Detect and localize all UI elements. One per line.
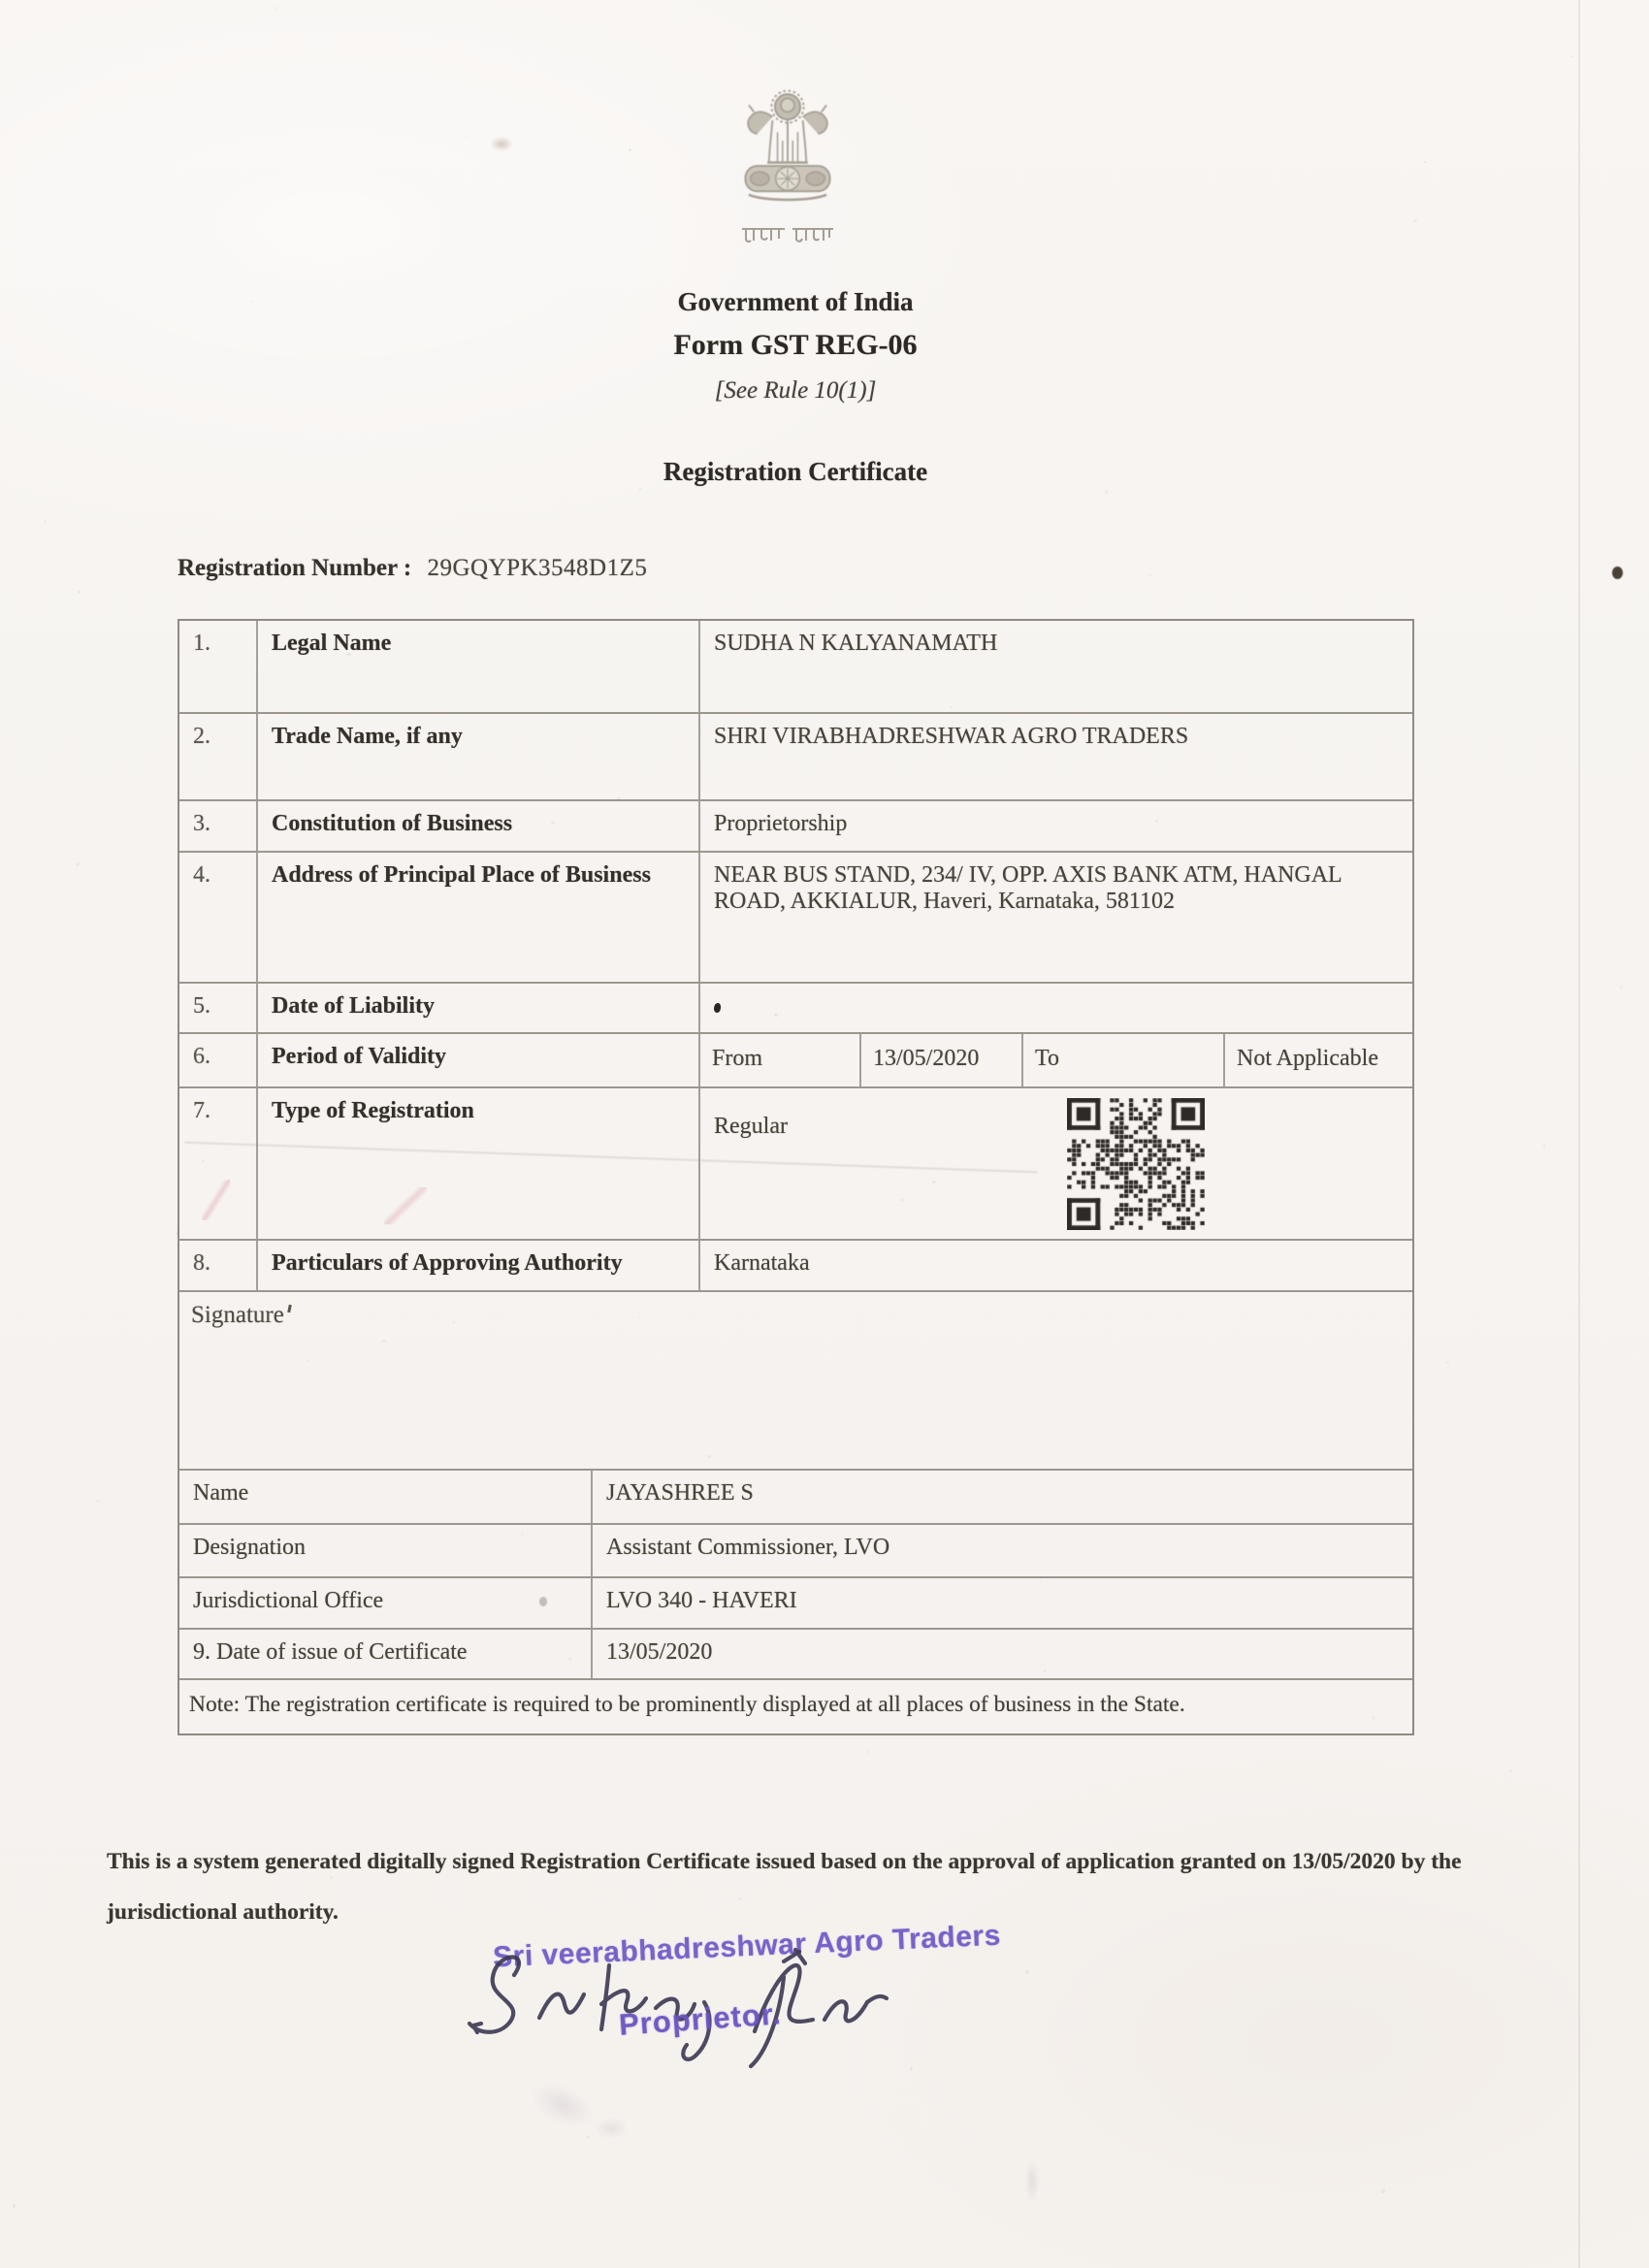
table-row: 8. Particulars of Approving Authority Ka… <box>179 1239 1412 1290</box>
paper-speckle <box>639 488 641 490</box>
row-number-cell: 7. <box>179 1088 258 1239</box>
scan-smudge <box>1024 2159 1040 2204</box>
officer-name-value: JAYASHREE S <box>593 1471 1412 1523</box>
table-row: 2. Trade Name, if any SHRI VIRABHADRESHW… <box>179 712 1412 799</box>
paper-speckle <box>96 1500 100 1504</box>
paper-speckle <box>1044 1669 1046 1671</box>
paper-speckle <box>1619 986 1622 988</box>
validity-to-value: Not Applicable <box>1223 1034 1412 1086</box>
paper-speckle <box>551 822 554 825</box>
row-label-cell: Address of Principal Place of Business <box>258 853 700 982</box>
india-national-emblem <box>720 81 856 230</box>
table-row: 6. Period of Validity From 13/05/2020 To… <box>179 1032 1412 1086</box>
form-title: Form GST REG-06 <box>0 329 1591 362</box>
table-row: Jurisdictional Office LVO 340 - HAVERI <box>179 1576 1412 1628</box>
paper-speckle <box>1570 55 1572 57</box>
signature-label: Signature <box>191 1302 284 1328</box>
signature-row: Signature <box>179 1290 1412 1469</box>
row-number-cell: 6. <box>179 1034 258 1086</box>
designation-label: Designation <box>179 1525 593 1576</box>
row-value-cell: Karnataka <box>700 1241 1412 1290</box>
table-row: Designation Assistant Commissioner, LVO <box>179 1523 1412 1576</box>
row-label-cell: Constitution of Business <box>258 801 700 851</box>
paper-speckle <box>275 7 278 11</box>
paper-speckle <box>638 1316 640 1318</box>
registration-details-table: 1. Legal Name SUDHA N KALYANAMATH 2. Tra… <box>178 619 1414 1735</box>
table-row: 7. Type of Registration Regular <box>179 1086 1412 1239</box>
paper-speckle <box>1118 736 1120 738</box>
closing-statement: This is a system generated digitally sig… <box>107 1836 1465 1937</box>
paper-speckle <box>984 69 986 71</box>
paper-speckle <box>932 1181 935 1183</box>
ink-dot-artifact <box>714 1003 721 1013</box>
paper-speckle <box>1424 161 1426 163</box>
row-number-cell: 4. <box>179 853 258 982</box>
paper-speckle <box>1543 1145 1546 1148</box>
paper-speckle <box>466 136 468 138</box>
paper-speckle <box>44 520 48 524</box>
paper-speckle <box>76 862 80 866</box>
scanned-certificate-page: Government of India Form GST REG-06 [See… <box>0 0 1649 2268</box>
row-value-cell: Regular <box>700 1088 1412 1239</box>
paper-speckle <box>629 148 631 151</box>
table-row: 5. Date of Liability <box>179 982 1412 1032</box>
row-number-cell: 5. <box>179 984 258 1032</box>
scan-smudge <box>594 2117 629 2140</box>
validity-to-label: To <box>1021 1034 1223 1086</box>
registration-number-value: 29GQYPK3548D1Z5 <box>427 555 647 581</box>
paper-speckle <box>900 1198 904 1202</box>
paper-speckle <box>1185 2028 1187 2030</box>
row-value-cell: Proprietorship <box>700 801 1412 851</box>
row-value-cell: NEAR BUS STAND, 234/ IV, OPP. AXIS BANK … <box>700 853 1412 982</box>
paper-speckle <box>347 653 350 656</box>
paper-speckle <box>708 1455 711 1458</box>
paper-speckle <box>330 1876 333 1879</box>
paper-speckle <box>202 1160 204 1162</box>
table-row: 4. Address of Principal Place of Busines… <box>179 851 1412 982</box>
table-row: 1. Legal Name SUDHA N KALYANAMATH <box>179 621 1412 712</box>
officer-name-label: Name <box>179 1471 593 1523</box>
row-label-cell: Trade Name, if any <box>258 714 700 799</box>
row-value-cell: SHRI VIRABHADRESHWAR AGRO TRADERS <box>700 714 1412 799</box>
paper-speckle <box>1413 219 1417 223</box>
paper-speckle <box>307 1359 309 1362</box>
row-number-cell: 8. <box>179 1241 258 1290</box>
row-label-cell: Legal Name <box>258 621 700 712</box>
paper-speckle <box>774 1014 777 1017</box>
row-value-cell: SUDHA N KALYANAMATH <box>700 621 1412 712</box>
paper-speckle <box>1446 1361 1449 1364</box>
issue-date-label: 9. Date of issue of Certificate <box>179 1630 593 1678</box>
registration-number-line: Registration Number : 29GQYPK3548D1Z5 <box>178 555 647 582</box>
row-label-cell: Date of Liability <box>258 984 700 1032</box>
paper-speckle <box>1105 490 1109 494</box>
paper-speckle <box>658 1068 660 1070</box>
row-number-cell: 3. <box>179 801 258 851</box>
satyameva-jayate-motto <box>740 225 837 253</box>
row-value-cell <box>700 984 1412 1032</box>
validity-subrow: From 13/05/2020 To Not Applicable <box>700 1034 1412 1086</box>
rule-reference: [See Rule 10(1)] <box>0 377 1591 405</box>
validity-from-label: From <box>700 1034 859 1086</box>
registration-type-value: Regular <box>714 1114 788 1139</box>
paper-speckle <box>725 323 727 325</box>
paper-speckle <box>1373 1716 1374 1718</box>
paper-speckle <box>1509 1769 1512 1772</box>
issue-date-value: 13/05/2020 <box>593 1630 1412 1678</box>
paper-speckle <box>568 1658 571 1661</box>
row-label-cell: Type of Registration <box>258 1088 700 1239</box>
government-title: Government of India <box>0 287 1591 317</box>
table-row: 9. Date of issue of Certificate 13/05/20… <box>179 1628 1412 1678</box>
paper-speckle <box>1149 574 1151 576</box>
registration-number-label: Registration Number : <box>178 555 411 581</box>
paper-speckle <box>587 2136 589 2138</box>
paper-speckle <box>13 2204 16 2207</box>
paper-speckle <box>867 1751 869 1753</box>
jurisdictional-office-label: Jurisdictional Office <box>179 1578 593 1628</box>
paper-speckle <box>910 2067 913 2070</box>
ink-tick-artifact <box>287 1305 292 1312</box>
row-label-cell: Period of Validity <box>258 1034 700 1086</box>
table-row: 3. Constitution of Business Proprietorsh… <box>179 799 1412 851</box>
paper-speckle <box>1025 1970 1028 1973</box>
note-row: Note: The registration certificate is re… <box>179 1678 1412 1733</box>
qr-code <box>1067 1098 1205 1230</box>
row-number-cell: 1. <box>179 621 258 712</box>
scan-smudge <box>490 137 513 151</box>
validity-from-value: 13/05/2020 <box>859 1034 1021 1086</box>
certificate-title: Registration Certificate <box>0 457 1591 487</box>
signature-cell: Signature <box>179 1292 303 1469</box>
table-row: Name JAYASHREE S <box>179 1469 1412 1523</box>
scan-ink-dot <box>1612 567 1623 579</box>
designation-value: Assistant Commissioner, LVO <box>593 1525 1412 1576</box>
row-label-cell: Particulars of Approving Authority <box>258 1241 700 1290</box>
note-text: Note: The registration certificate is re… <box>179 1680 1195 1733</box>
jurisdictional-office-value: LVO 340 - HAVERI <box>593 1578 1412 1628</box>
paper-speckle <box>1381 2189 1385 2193</box>
paper-speckle <box>1062 2119 1064 2121</box>
row-number-cell: 2. <box>179 714 258 799</box>
paper-speckle <box>78 591 81 594</box>
